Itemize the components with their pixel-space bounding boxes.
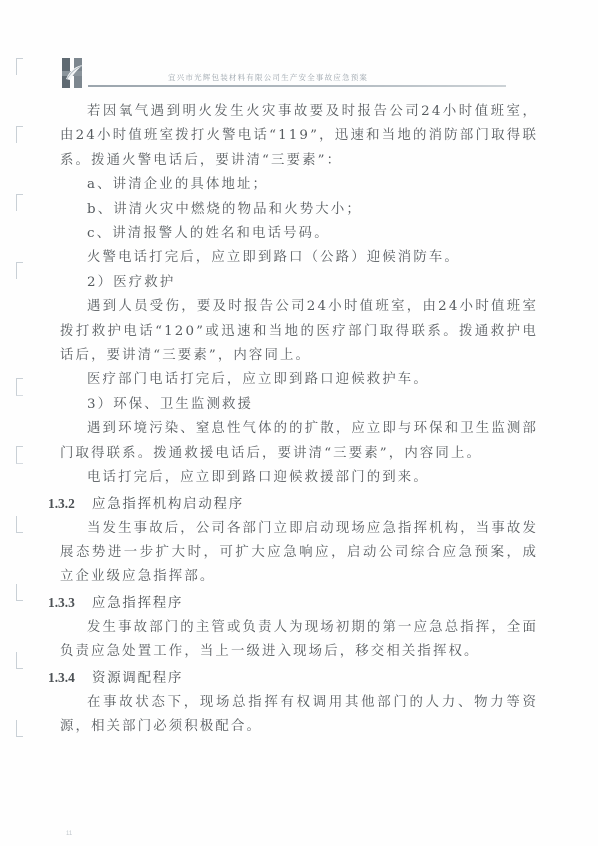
paragraph: 当发生事故后，公司各部门立即启动现场应急指挥机构，当事故发展态势进一步扩大时，可…	[60, 517, 538, 590]
paragraph: 医疗部门电话打完后，应立即到路口迎候救护车。	[60, 368, 538, 392]
subheading: 3）环保、卫生监测救援	[60, 393, 538, 417]
subheading: 2）医疗救护	[60, 271, 538, 295]
list-item: c、讲清报警人的姓名和电话号码。	[60, 222, 538, 246]
document-page: 宜兴市光辉包装材料有限公司生产安全事故应急预案 若因氧气遇到明火发生火灾事故要及…	[0, 0, 598, 846]
binding-mark	[16, 262, 23, 279]
section-title: 应急指挥程序	[92, 596, 183, 611]
binding-mark	[16, 720, 23, 737]
paragraph: 遇到人员受伤，要及时报告公司24小时值班室，由24小时值班室拨打救护电话“120…	[60, 295, 538, 368]
binding-mark	[16, 194, 23, 211]
section-number: 1.3.3	[48, 590, 92, 615]
binding-mark	[16, 446, 23, 464]
page-number: 11	[66, 831, 72, 837]
list-item: a、讲清企业的具体地址；	[60, 173, 538, 197]
document-body: 若因氧气遇到明火发生火灾事故要及时报告公司24小时值班室，由24小时值班室拨打火…	[60, 100, 538, 739]
page-header: 宜兴市光辉包装材料有限公司生产安全事故应急预案	[62, 58, 532, 92]
section-heading-1-3-4: 1.3.4资源调配程序	[48, 665, 538, 691]
paragraph: 在事故状态下，现场总指挥有权调用其他部门的人力、物力等资源，相关部门必须积极配合…	[60, 691, 538, 740]
section-title: 资源调配程序	[92, 671, 183, 686]
section-heading-1-3-3: 1.3.3应急指挥程序	[48, 590, 538, 616]
binding-mark	[16, 126, 23, 143]
paragraph: 火警电话打完后，应立即到路口（公路）迎候消防车。	[60, 246, 538, 270]
company-logo-icon	[62, 58, 84, 88]
paragraph: 遇到环境污染、窒息性气体的的扩散，应立即与环保和卫生监测部门取得联系。拨通救援电…	[60, 417, 538, 466]
section-heading-1-3-2: 1.3.2应急指挥机构启动程序	[48, 491, 538, 517]
section-number: 1.3.4	[48, 665, 92, 690]
header-rule	[88, 85, 506, 87]
section-number: 1.3.2	[48, 491, 92, 516]
paragraph: 电话打完后，应立即到路口迎候救援部门的到来。	[60, 466, 538, 490]
paragraph: 发生事故部门的主管或负责人为现场初期的第一应急总指挥，全面负责应急处置工作，当上…	[60, 616, 538, 665]
binding-mark	[16, 584, 23, 601]
binding-mark	[16, 378, 23, 396]
binding-mark	[16, 58, 23, 75]
paragraph: 若因氧气遇到明火发生火灾事故要及时报告公司24小时值班室，由24小时值班室拨打火…	[60, 100, 538, 173]
section-title: 应急指挥机构启动程序	[92, 497, 244, 512]
binding-mark	[16, 516, 23, 533]
list-item: b、讲清火灾中燃烧的物品和火势大小；	[60, 198, 538, 222]
header-title: 宜兴市光辉包装材料有限公司生产安全事故应急预案	[168, 72, 368, 83]
binding-mark	[16, 652, 23, 669]
